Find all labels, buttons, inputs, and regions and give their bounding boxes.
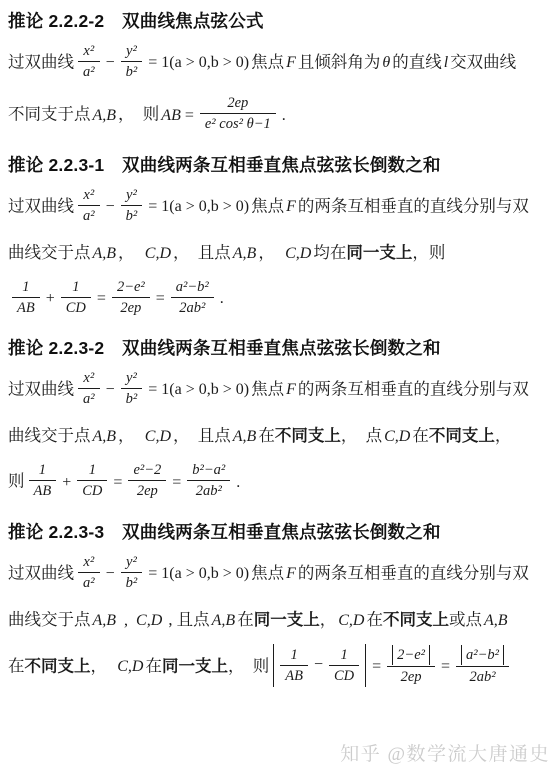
fraction-numerator: x² xyxy=(78,186,100,206)
fraction-denominator: CD xyxy=(329,666,359,685)
fraction-denominator: b² xyxy=(121,389,143,408)
math-operator: + xyxy=(44,290,57,307)
text-run: , 且点 xyxy=(164,610,209,629)
text-run: 则 xyxy=(8,472,25,491)
fraction-numerator: x² xyxy=(78,42,100,62)
corollary-1-body-line-2: 不同支于点A,B， 则AB=2epe² cos² θ−1. xyxy=(8,94,548,137)
text-run: 的两条互相垂直的直线分别与双 xyxy=(298,196,529,215)
fraction: x²a² xyxy=(78,553,100,592)
fraction-numerator: 2ep xyxy=(200,94,276,114)
text-run: 过双曲线 xyxy=(8,196,74,215)
punctuation: . xyxy=(218,290,226,307)
text-run: 焦点 xyxy=(251,196,284,215)
text-run: 焦点 xyxy=(251,52,284,71)
text-run: 且倾斜角为 xyxy=(298,52,381,71)
emphasis-text: 同一支上 xyxy=(346,243,412,262)
text-run: 在 xyxy=(145,656,162,675)
text-run: 过双曲线 xyxy=(8,379,74,398)
emphasis-text: 不同支上 xyxy=(25,656,91,675)
math-operator: − xyxy=(104,565,117,582)
fraction-numerator: 1 xyxy=(61,278,91,298)
section-corollary-2-2-3-1: 推论 2.2.3-1 双曲线两条互相垂直焦点弦弦长倒数之和 过双曲线x²a²−y… xyxy=(8,152,548,322)
math-operator: − xyxy=(104,198,117,215)
fraction-denominator: 2ab² xyxy=(456,667,509,686)
math-var: θ xyxy=(380,54,392,71)
math-condition: = 1(a > 0,b > 0) xyxy=(146,198,251,215)
fraction: e²−22ep xyxy=(128,461,166,500)
math-operator: − xyxy=(104,381,117,398)
math-var: A,B xyxy=(210,612,238,629)
math-var: A,B xyxy=(91,107,119,124)
fraction: 1AB xyxy=(12,278,40,317)
corollary-1-body-line-1: 过双曲线x²a²−y²b²= 1(a > 0,b > 0)焦点F且倾斜角为θ的直… xyxy=(8,42,548,85)
math-operator: = xyxy=(183,107,196,124)
punctuation: ， xyxy=(91,656,116,675)
fraction: b²−a²2ab² xyxy=(187,461,230,500)
corollary-2-formula-line: 1AB+1CD=2−e²2ep=a²−b²2ab². xyxy=(8,278,548,321)
math-operator: = xyxy=(95,290,108,307)
math-condition: = 1(a > 0,b > 0) xyxy=(146,565,251,582)
math-var: A,B xyxy=(231,245,259,262)
corollary-2-body-line-1: 过双曲线x²a²−y²b²= 1(a > 0,b > 0)焦点F的两条互相垂直的… xyxy=(8,186,548,229)
fraction-numerator: 1 xyxy=(329,646,359,666)
fraction-numerator: a²−b² xyxy=(171,278,214,298)
punctuation: , xyxy=(118,612,134,629)
fraction: 1AB xyxy=(29,461,57,500)
corollary-2-heading: 推论 2.2.3-1 双曲线两条互相垂直焦点弦弦长倒数之和 xyxy=(8,152,548,177)
corollary-3-formula-line: 则1AB+1CD=e²−22ep=b²−a²2ab². xyxy=(8,461,548,504)
text-run: 交双曲线 xyxy=(450,52,516,71)
emphasis-text: 不同支上 xyxy=(429,426,495,445)
fraction-abs-numerator: 2−e²2ep xyxy=(387,645,435,686)
text-run: 曲线交于点 xyxy=(8,610,91,629)
math-operator: + xyxy=(60,474,73,491)
math-var: F xyxy=(284,565,298,582)
punctuation: ， xyxy=(320,610,337,629)
math-var: A,B xyxy=(91,245,119,262)
fraction-denominator: CD xyxy=(77,481,107,500)
math-operator: = xyxy=(154,290,167,307)
math-condition: = 1(a > 0,b > 0) xyxy=(146,54,251,71)
fraction-numerator: 1 xyxy=(280,646,308,666)
fraction-denominator: a² xyxy=(78,206,100,225)
fraction-numerator: 1 xyxy=(29,461,57,481)
fraction-denominator: AB xyxy=(280,666,308,685)
fraction-numerator: y² xyxy=(121,553,143,573)
text-run: 的两条互相垂直的直线分别与双 xyxy=(298,563,529,582)
fraction-denominator: a² xyxy=(78,573,100,592)
corollary-3-body-line-1: 过双曲线x²a²−y²b²= 1(a > 0,b > 0)焦点F的两条互相垂直的… xyxy=(8,369,548,412)
math-var: A,B xyxy=(482,612,510,629)
fraction-denominator: a² xyxy=(78,62,100,81)
math-var: F xyxy=(284,54,298,71)
fraction: 2−e²2ep xyxy=(112,278,150,317)
fraction-denominator: 2ab² xyxy=(187,481,230,500)
section-corollary-2-2-3-3: 推论 2.2.3-3 双曲线两条互相垂直焦点弦弦长倒数之和 过双曲线x²a²−y… xyxy=(8,519,548,691)
corollary-3-heading: 推论 2.2.3-2 双曲线两条互相垂直焦点弦弦长倒数之和 xyxy=(8,335,548,360)
fraction-numerator: y² xyxy=(121,186,143,206)
text-run: 在 xyxy=(8,656,25,675)
text-run: 均在 xyxy=(313,243,346,262)
punctuation: ， xyxy=(495,426,512,445)
fraction-numerator: y² xyxy=(121,42,143,62)
fraction: 1CD xyxy=(61,278,91,317)
text-run: 过双曲线 xyxy=(8,52,74,71)
math-var: C,D xyxy=(283,245,313,262)
fraction: y²b² xyxy=(121,42,143,81)
math-var: AB xyxy=(159,107,183,124)
math-var: C,D xyxy=(382,428,412,445)
punctuation: . xyxy=(234,474,242,491)
math-operator: = xyxy=(439,658,452,675)
fraction: a²−b²2ab² xyxy=(171,278,214,317)
math-operator: = xyxy=(111,474,124,491)
fraction-numerator: a²−b² xyxy=(456,645,509,667)
text-run: 在 xyxy=(258,426,275,445)
fraction: 1CD xyxy=(77,461,107,500)
fraction-numerator: 2−e² xyxy=(387,645,435,667)
math-var: A,B xyxy=(231,428,259,445)
fraction-denominator: AB xyxy=(29,481,57,500)
corollary-3-body-line-2: 曲线交于点A,B， C,D， 且点A,B在不同支上， 点C,D在不同支上， xyxy=(8,421,548,452)
text-run: ， 且点 xyxy=(173,243,231,262)
fraction: 2epe² cos² θ−1 xyxy=(200,94,276,133)
math-var: C,D xyxy=(115,658,145,675)
section-corollary-2-2-3-2: 推论 2.2.3-2 双曲线两条互相垂直焦点弦弦长倒数之和 过双曲线x²a²−y… xyxy=(8,335,548,505)
text-run: 在 xyxy=(412,426,429,445)
punctuation: . xyxy=(280,107,288,124)
corollary-4-heading: 推论 2.2.3-3 双曲线两条互相垂直焦点弦弦长倒数之和 xyxy=(8,519,548,544)
fraction-numerator: 2−e² xyxy=(112,278,150,298)
fraction: 1CD xyxy=(329,646,359,685)
text-run: ， 点 xyxy=(341,426,382,445)
fraction-abs-numerator: a²−b²2ab² xyxy=(456,645,509,686)
math-var: F xyxy=(284,198,298,215)
text-run: ，则 xyxy=(412,243,445,262)
text-run: 过双曲线 xyxy=(8,563,74,582)
math-var: C,D xyxy=(134,612,164,629)
fraction-denominator: AB xyxy=(12,298,40,317)
fraction-denominator: 2ep xyxy=(387,667,435,686)
fraction-denominator: 2ep xyxy=(128,481,166,500)
fraction-numerator: e²−2 xyxy=(128,461,166,481)
fraction-denominator: e² cos² θ−1 xyxy=(200,114,276,133)
fraction-denominator: 2ab² xyxy=(171,298,214,317)
math-var: F xyxy=(284,381,298,398)
fraction-numerator: 1 xyxy=(12,278,40,298)
absolute-value-bars: 2−e² xyxy=(392,645,430,665)
text-run: 的两条互相垂直的直线分别与双 xyxy=(298,379,529,398)
punctuation: ， xyxy=(118,426,143,445)
math-operator: − xyxy=(104,54,117,71)
math-var: C,D xyxy=(143,245,173,262)
text-run: 焦点 xyxy=(251,379,284,398)
corollary-4-body-line-1: 过双曲线x²a²−y²b²= 1(a > 0,b > 0)焦点F的两条互相垂直的… xyxy=(8,553,548,596)
fraction: x²a² xyxy=(78,186,100,225)
math-var: C,D xyxy=(143,428,173,445)
text-run: 曲线交于点 xyxy=(8,243,91,262)
text-run: 或点 xyxy=(449,610,482,629)
text-run: ， 且点 xyxy=(173,426,231,445)
corollary-4-formula-line: 在不同支上， C,D在同一支上， 则1AB−1CD=2−e²2ep=a²−b²2… xyxy=(8,645,548,690)
fraction-denominator: 2ep xyxy=(112,298,150,317)
text-run: 在 xyxy=(237,610,254,629)
fraction-numerator: x² xyxy=(78,553,100,573)
math-var: C,D xyxy=(336,612,366,629)
corollary-4-body-line-2: 曲线交于点A,B , C,D , 且点A,B在同一支上，C,D在不同支上或点A,… xyxy=(8,605,548,636)
punctuation: ， xyxy=(258,243,283,262)
emphasis-text: 不同支上 xyxy=(275,426,341,445)
absolute-value-group: 1AB−1CD xyxy=(273,644,366,687)
text-run: ， 则 xyxy=(228,656,269,675)
text-run: 在 xyxy=(366,610,383,629)
corollary-1-heading: 推论 2.2.2-2 双曲线焦点弦公式 xyxy=(8,8,548,33)
emphasis-text: 不同支上 xyxy=(383,610,449,629)
math-var: A,B xyxy=(91,612,119,629)
fraction: y²b² xyxy=(121,553,143,592)
fraction-numerator: y² xyxy=(121,369,143,389)
watermark: 知乎 @数学流大唐通史 xyxy=(340,739,550,766)
emphasis-text: 同一支上 xyxy=(162,656,228,675)
emphasis-text: 同一支上 xyxy=(254,610,320,629)
math-var: l xyxy=(442,54,450,71)
math-condition: = 1(a > 0,b > 0) xyxy=(146,381,251,398)
fraction-denominator: b² xyxy=(121,62,143,81)
math-operator: − xyxy=(312,650,325,680)
math-var: A,B xyxy=(91,428,119,445)
fraction: y²b² xyxy=(121,186,143,225)
fraction: x²a² xyxy=(78,42,100,81)
section-corollary-2-2-2-2: 推论 2.2.2-2 双曲线焦点弦公式 过双曲线x²a²−y²b²= 1(a >… xyxy=(8,8,548,138)
math-operator: = xyxy=(170,474,183,491)
text-run: 不同支于点 xyxy=(8,105,91,124)
fraction-numerator: b²−a² xyxy=(187,461,230,481)
fraction-numerator: x² xyxy=(78,369,100,389)
text-run: 的直线 xyxy=(392,52,442,71)
absolute-value-bars: a²−b² xyxy=(461,645,504,665)
text-run: ， 则 xyxy=(118,105,159,124)
text-run: 曲线交于点 xyxy=(8,426,91,445)
fraction-denominator: b² xyxy=(121,573,143,592)
fraction-denominator: a² xyxy=(78,389,100,408)
fraction-denominator: CD xyxy=(61,298,91,317)
fraction: 1AB xyxy=(280,646,308,685)
math-operator: = xyxy=(370,658,383,675)
document-page: 推论 2.2.2-2 双曲线焦点弦公式 过双曲线x²a²−y²b²= 1(a >… xyxy=(0,0,554,770)
fraction: x²a² xyxy=(78,369,100,408)
corollary-2-body-line-2: 曲线交于点A,B， C,D， 且点A,B， C,D均在同一支上，则 xyxy=(8,238,548,269)
fraction: y²b² xyxy=(121,369,143,408)
punctuation: ， xyxy=(118,243,143,262)
text-run: 焦点 xyxy=(251,563,284,582)
fraction-denominator: b² xyxy=(121,206,143,225)
fraction-numerator: 1 xyxy=(77,461,107,481)
